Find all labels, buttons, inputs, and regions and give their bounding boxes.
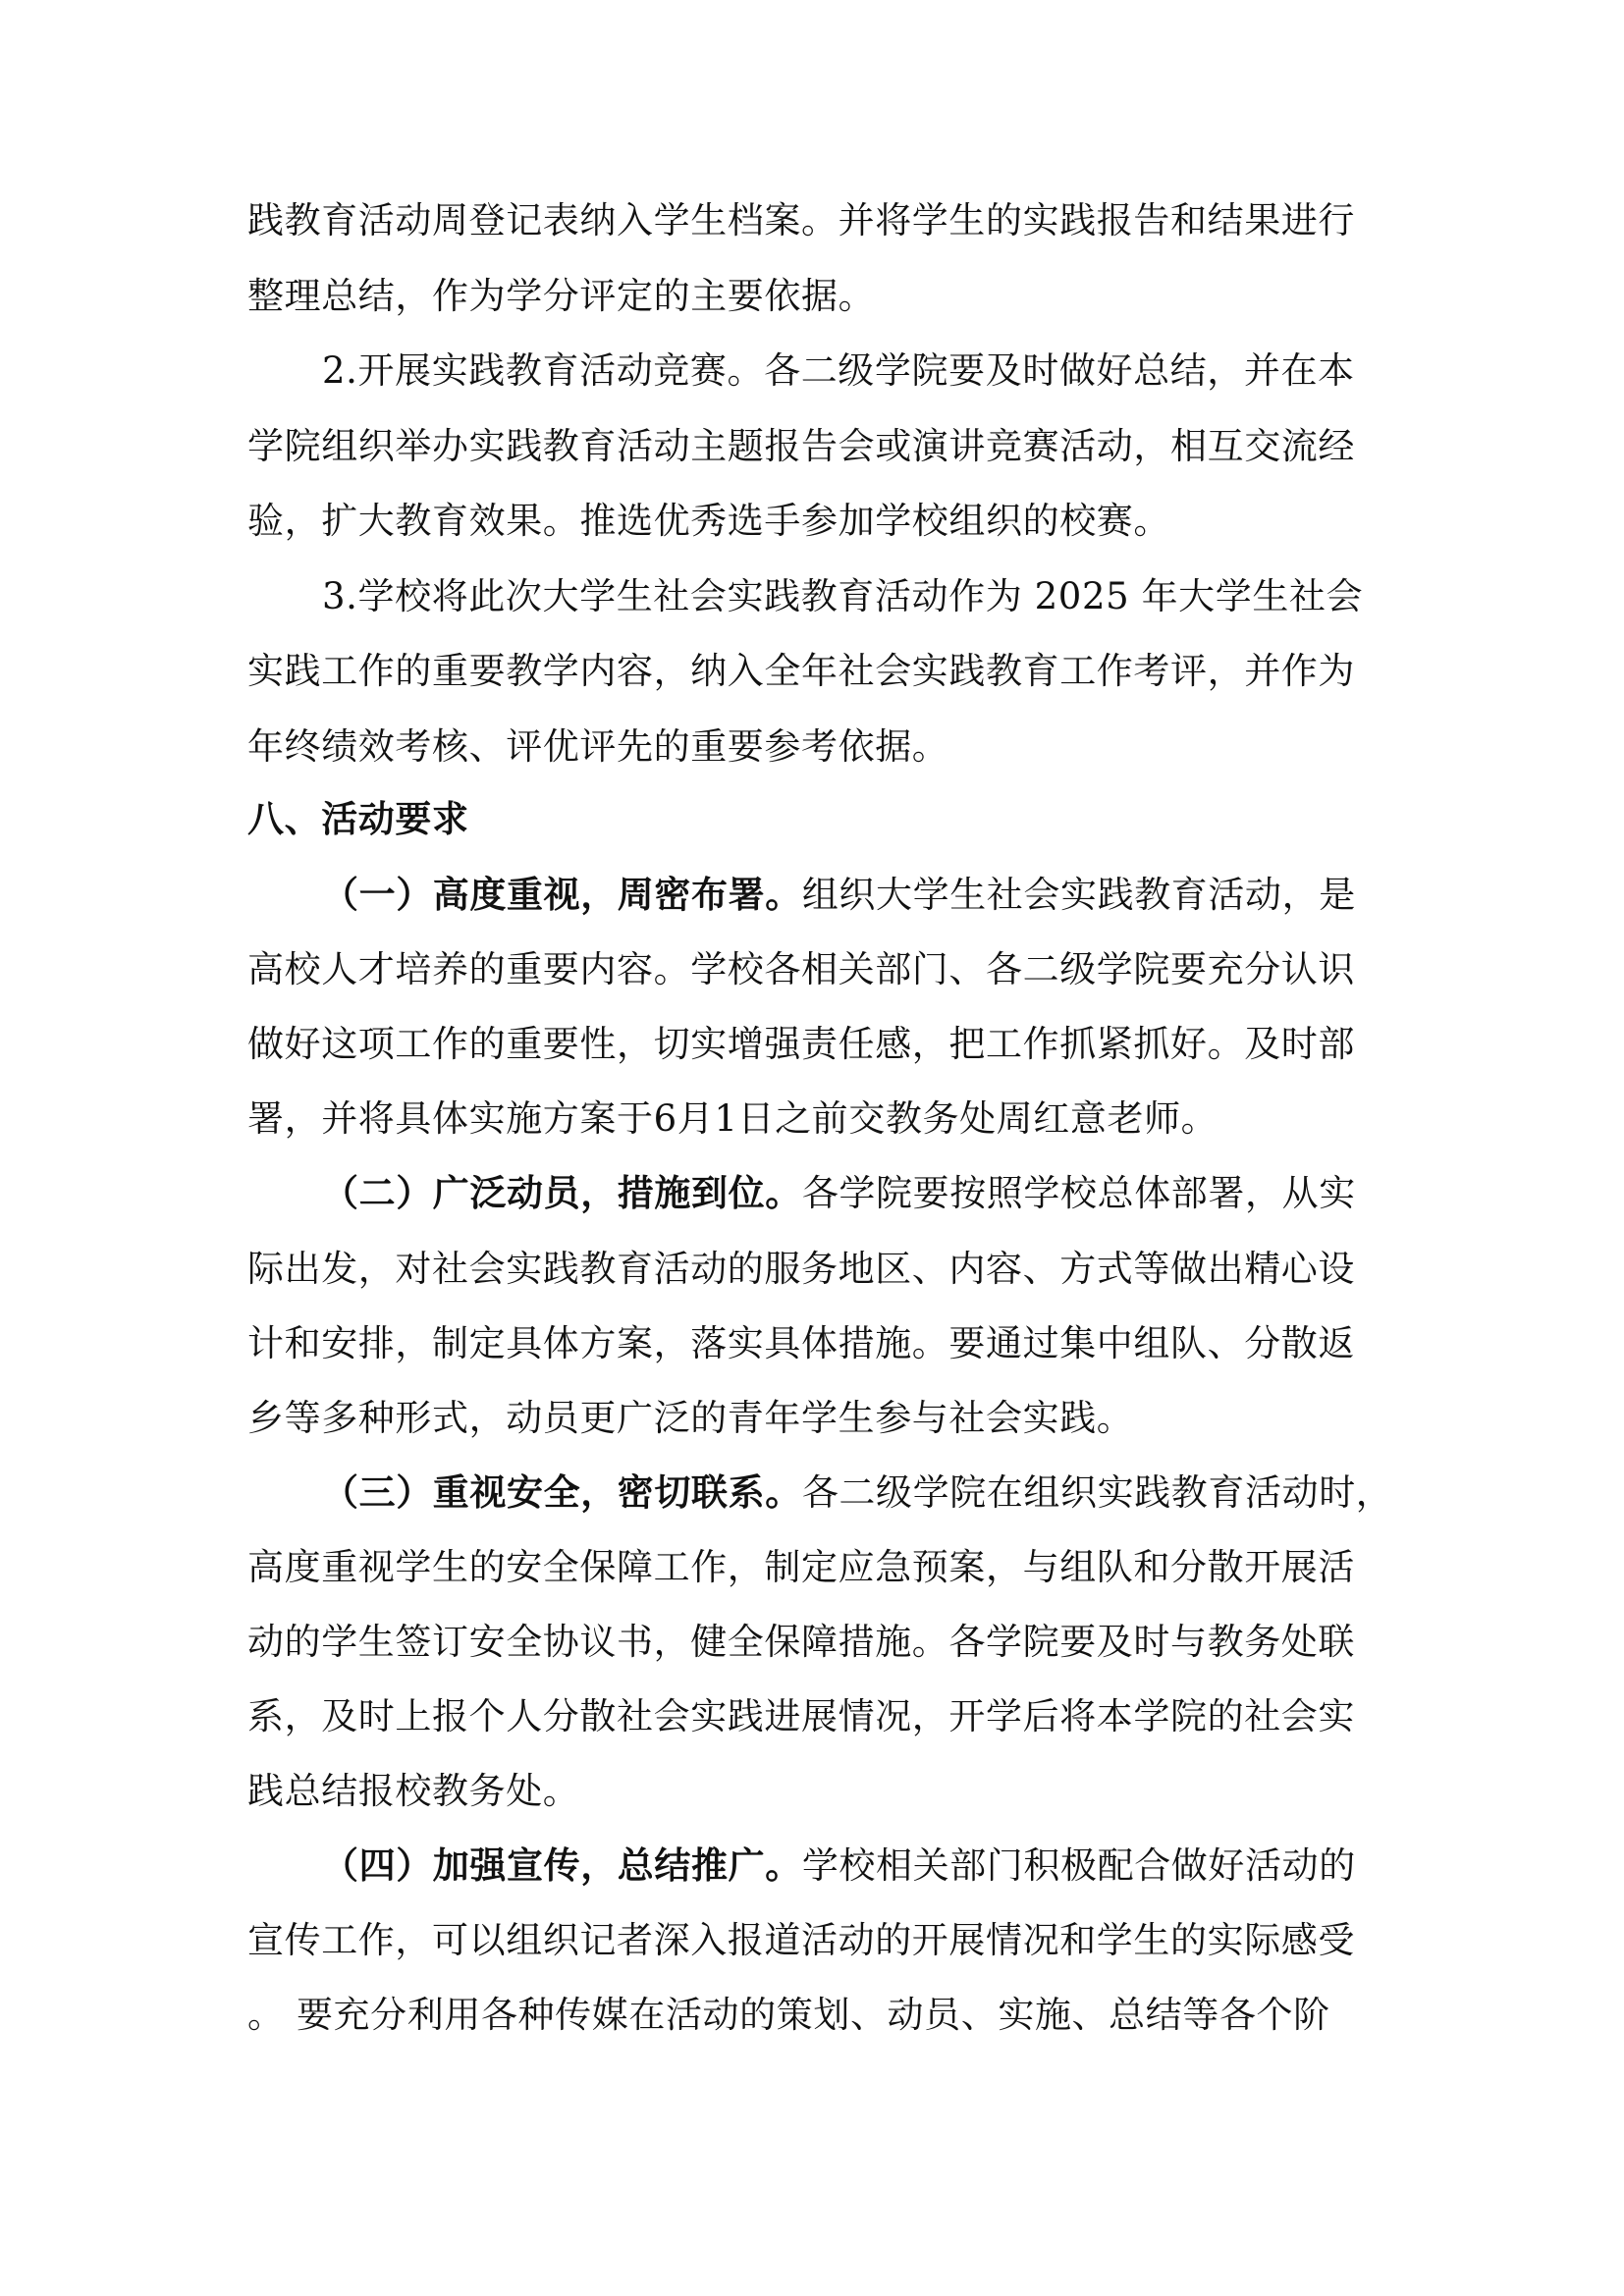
requirement-title: （三）重视安全，密切联系。 [322,1471,802,1514]
requirement-text: 组织大学生社会实践教育活动，是 [802,874,1356,916]
paragraph-line: 计和安排，制定具体方案，落实具体措施。要通过集中组队、分散返 [247,1314,1386,1373]
requirement-4: （四）加强宣传，总结推广。学校相关部门积极配合做好活动的 [322,1837,1386,1896]
paragraph-line: 署，并将具体实施方案于6月1日之前交教务处周红意老师。 [247,1090,1386,1148]
paragraph-line: 乡等多种形式，动员更广泛的青年学生参与社会实践。 [247,1389,1386,1448]
requirement-3: （三）重视安全，密切联系。各二级学院在组织实践教育活动时， [322,1464,1386,1522]
paragraph-line: 际出发，对社会实践教育活动的服务地区、内容、方式等做出精心设 [247,1240,1386,1299]
paragraph-line: 年终绩效考核、评优评先的重要参考依据。 [247,718,1386,776]
requirement-text: 学校相关部门积极配合做好活动的 [802,1844,1356,1887]
paragraph-line: 动的学生签订安全协议书，健全保障措施。各学院要及时与教务处联 [247,1613,1386,1672]
list-item-3: 3.学校将此次大学生社会实践教育活动作为 2025 年大学生社会 [322,567,1386,626]
paragraph-line: 整理总结，作为学分评定的主要依据。 [247,267,1386,326]
list-item-2: 2.开展实践教育活动竞赛。各二级学院要及时做好总结，并在本 [322,342,1386,400]
document-page: 践教育活动周登记表纳入学生档案。并将学生的实践报告和结果进行 整理总结，作为学分… [0,0,1624,2296]
paragraph-line: 学院组织举办实践教育活动主题报告会或演讲竞赛活动，相互交流经 [247,417,1386,476]
paragraph-line: 高校人才培养的重要内容。学校各相关部门、各二级学院要充分认识 [247,940,1386,999]
requirement-1: （一）高度重视，周密布署。组织大学生社会实践教育活动，是 [322,866,1386,925]
paragraph-line: 。 要充分利用各种传媒在活动的策划、动员、实施、总结等各个阶 [247,1986,1386,2045]
requirement-title: （四）加强宣传，总结推广。 [322,1844,802,1887]
paragraph-line: 践教育活动周登记表纳入学生档案。并将学生的实践报告和结果进行 [247,191,1386,250]
requirement-title: （一）高度重视，周密布署。 [322,874,802,916]
paragraph-line: 宣传工作，可以组织记者深入报道活动的开展情况和学生的实际感受 [247,1911,1386,1970]
paragraph-line: 高度重视学生的安全保障工作，制定应急预案，与组队和分散开展活 [247,1538,1386,1597]
paragraph-line: 系，及时上报个人分散社会实践进展情况，开学后将本学院的社会实 [247,1687,1386,1746]
requirement-text: 各学院要按照学校总体部署，从实 [802,1172,1356,1214]
paragraph-line: 验，扩大教育效果。推选优秀选手参加学校组织的校赛。 [247,492,1386,551]
paragraph-line: 实践工作的重要教学内容，纳入全年社会实践教育工作考评，并作为 [247,642,1386,701]
requirement-title: （二）广泛动员，措施到位。 [322,1172,802,1214]
requirement-text: 各二级学院在组织实践教育活动时， [802,1471,1393,1514]
paragraph-line: 践总结报校教务处。 [247,1762,1386,1821]
paragraph-line: 做好这项工作的重要性，切实增强责任感，把工作抓紧抓好。及时部 [247,1015,1386,1074]
requirement-2: （二）广泛动员，措施到位。各学院要按照学校总体部署，从实 [322,1164,1386,1223]
section-heading: 八、活动要求 [247,790,1386,849]
